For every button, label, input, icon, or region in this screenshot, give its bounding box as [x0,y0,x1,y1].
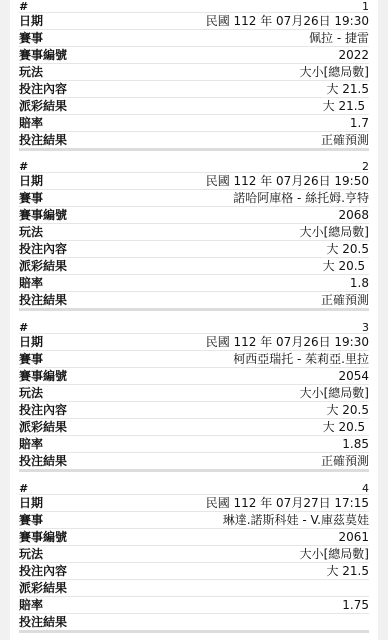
row-play-type: 玩法 大小[總局數] [19,224,369,241]
row-date: 日期 民國 112 年 07月27日 17:15 [19,495,369,512]
row-index: # 3 [19,322,369,334]
row-payout-result: 派彩結果 [19,580,369,597]
value-index: 2 [362,161,369,172]
value-odds: 1.85 [342,436,369,452]
value-match-no: 2054 [338,368,369,384]
label-match: 賽事 [19,30,43,46]
row-odds: 賠率 1.8 [19,275,369,292]
label-odds: 賠率 [19,275,43,291]
value-odds: 1.75 [342,597,369,613]
value-date: 民國 112 年 07月26日 19:30 [206,334,369,350]
row-date: 日期 民國 112 年 07月26日 19:30 [19,334,369,351]
row-payout-result: 派彩結果 大 21.5 [19,98,369,115]
row-bet-result: 投注結果 正確預測 [19,453,369,472]
label-odds: 賠率 [19,436,43,452]
label-play-type: 玩法 [19,385,43,401]
row-match: 賽事 琳達.諾斯科娃 - V.庫茲莫娃 [19,512,369,529]
value-play-type: 大小[總局數] [300,385,369,401]
value-index: 3 [362,322,369,333]
row-index: # 1 [19,1,369,13]
bet-record-1: # 1 日期 民國 112 年 07月26日 19:30 賽事 佩拉 - 捷雷 … [19,1,369,151]
row-payout-result: 派彩結果 大 20.5 [19,419,369,436]
value-match-no: 2022 [338,47,369,63]
row-play-type: 玩法 大小[總局數] [19,385,369,402]
row-bet-content: 投注內容 大 21.5 [19,81,369,98]
row-match-no: 賽事編號 2054 [19,368,369,385]
label-index: # [19,161,27,172]
label-payout-result: 派彩結果 [19,580,67,596]
label-bet-content: 投注內容 [19,241,67,257]
bet-record-4: # 4 日期 民國 112 年 07月27日 17:15 賽事 琳達.諾斯科娃 … [19,483,369,633]
label-match: 賽事 [19,512,43,528]
value-date: 民國 112 年 07月27日 17:15 [206,495,369,511]
value-index: 4 [362,483,369,494]
value-match: 諾哈阿庫格 - 絲托姆.亨特 [233,190,369,206]
label-odds: 賠率 [19,597,43,613]
label-bet-result: 投注結果 [19,132,67,148]
value-match: 柯西亞瑞托 - 茱莉亞.里拉 [233,351,369,367]
value-match: 琳達.諾斯科娃 - V.庫茲莫娃 [223,512,369,528]
value-index: 1 [362,1,369,12]
label-index: # [19,483,27,494]
row-bet-result: 投注結果 [19,614,369,633]
value-play-type: 大小[總局數] [300,224,369,240]
label-payout-result: 派彩結果 [19,258,67,274]
label-index: # [19,322,27,333]
value-payout-result: 大 20.5 [323,419,369,435]
value-payout-result: 大 20.5 [323,258,369,274]
value-bet-content: 大 20.5 [326,241,369,257]
label-bet-content: 投注內容 [19,402,67,418]
row-bet-result: 投注結果 正確預測 [19,132,369,151]
label-bet-content: 投注內容 [19,81,67,97]
row-odds: 賠率 1.75 [19,597,369,614]
label-bet-result: 投注結果 [19,614,67,630]
label-match: 賽事 [19,351,43,367]
label-bet-result: 投注結果 [19,292,67,308]
row-match-no: 賽事編號 2061 [19,529,369,546]
value-payout-result: 大 21.5 [323,98,369,114]
label-match-no: 賽事編號 [19,207,67,223]
row-bet-content: 投注內容 大 20.5 [19,402,369,419]
value-match: 佩拉 - 捷雷 [309,30,369,46]
row-match-no: 賽事編號 2022 [19,47,369,64]
label-bet-content: 投注內容 [19,563,67,579]
value-odds: 1.8 [350,275,369,291]
label-odds: 賠率 [19,115,43,131]
label-payout-result: 派彩結果 [19,98,67,114]
row-odds: 賠率 1.85 [19,436,369,453]
value-bet-content: 大 21.5 [326,81,369,97]
value-play-type: 大小[總局數] [300,64,369,80]
label-match-no: 賽事編號 [19,368,67,384]
row-play-type: 玩法 大小[總局數] [19,64,369,81]
row-match: 賽事 柯西亞瑞托 - 茱莉亞.里拉 [19,351,369,368]
row-match: 賽事 諾哈阿庫格 - 絲托姆.亨特 [19,190,369,207]
row-index: # 2 [19,161,369,173]
label-play-type: 玩法 [19,64,43,80]
row-bet-content: 投注內容 大 21.5 [19,563,369,580]
label-play-type: 玩法 [19,224,43,240]
value-bet-content: 大 21.5 [326,563,369,579]
row-play-type: 玩法 大小[總局數] [19,546,369,563]
label-match-no: 賽事編號 [19,529,67,545]
row-bet-result: 投注結果 正確預測 [19,292,369,311]
row-bet-content: 投注內容 大 20.5 [19,241,369,258]
value-bet-result: 正確預測 [321,132,369,148]
value-bet-content: 大 20.5 [326,402,369,418]
label-date: 日期 [19,13,43,29]
row-match: 賽事 佩拉 - 捷雷 [19,30,369,47]
label-match: 賽事 [19,190,43,206]
value-match-no: 2068 [338,207,369,223]
value-date: 民國 112 年 07月26日 19:30 [206,13,369,29]
row-date: 日期 民國 112 年 07月26日 19:50 [19,173,369,190]
row-index: # 4 [19,483,369,495]
label-index: # [19,1,27,12]
bet-record-2: # 2 日期 民國 112 年 07月26日 19:50 賽事 諾哈阿庫格 - … [19,161,369,311]
row-date: 日期 民國 112 年 07月26日 19:30 [19,13,369,30]
label-date: 日期 [19,495,43,511]
label-bet-result: 投注結果 [19,453,67,469]
row-match-no: 賽事編號 2068 [19,207,369,224]
label-match-no: 賽事編號 [19,47,67,63]
value-date: 民國 112 年 07月26日 19:50 [206,173,369,189]
value-play-type: 大小[總局數] [300,546,369,562]
bet-records-page: # 1 日期 民國 112 年 07月26日 19:30 賽事 佩拉 - 捷雷 … [10,0,378,640]
row-payout-result: 派彩結果 大 20.5 [19,258,369,275]
value-odds: 1.7 [350,115,369,131]
row-odds: 賠率 1.7 [19,115,369,132]
label-date: 日期 [19,173,43,189]
label-date: 日期 [19,334,43,350]
label-payout-result: 派彩結果 [19,419,67,435]
label-play-type: 玩法 [19,546,43,562]
value-bet-result: 正確預測 [321,292,369,308]
bet-record-3: # 3 日期 民國 112 年 07月26日 19:30 賽事 柯西亞瑞托 - … [19,322,369,472]
value-bet-result: 正確預測 [321,453,369,469]
value-match-no: 2061 [338,529,369,545]
